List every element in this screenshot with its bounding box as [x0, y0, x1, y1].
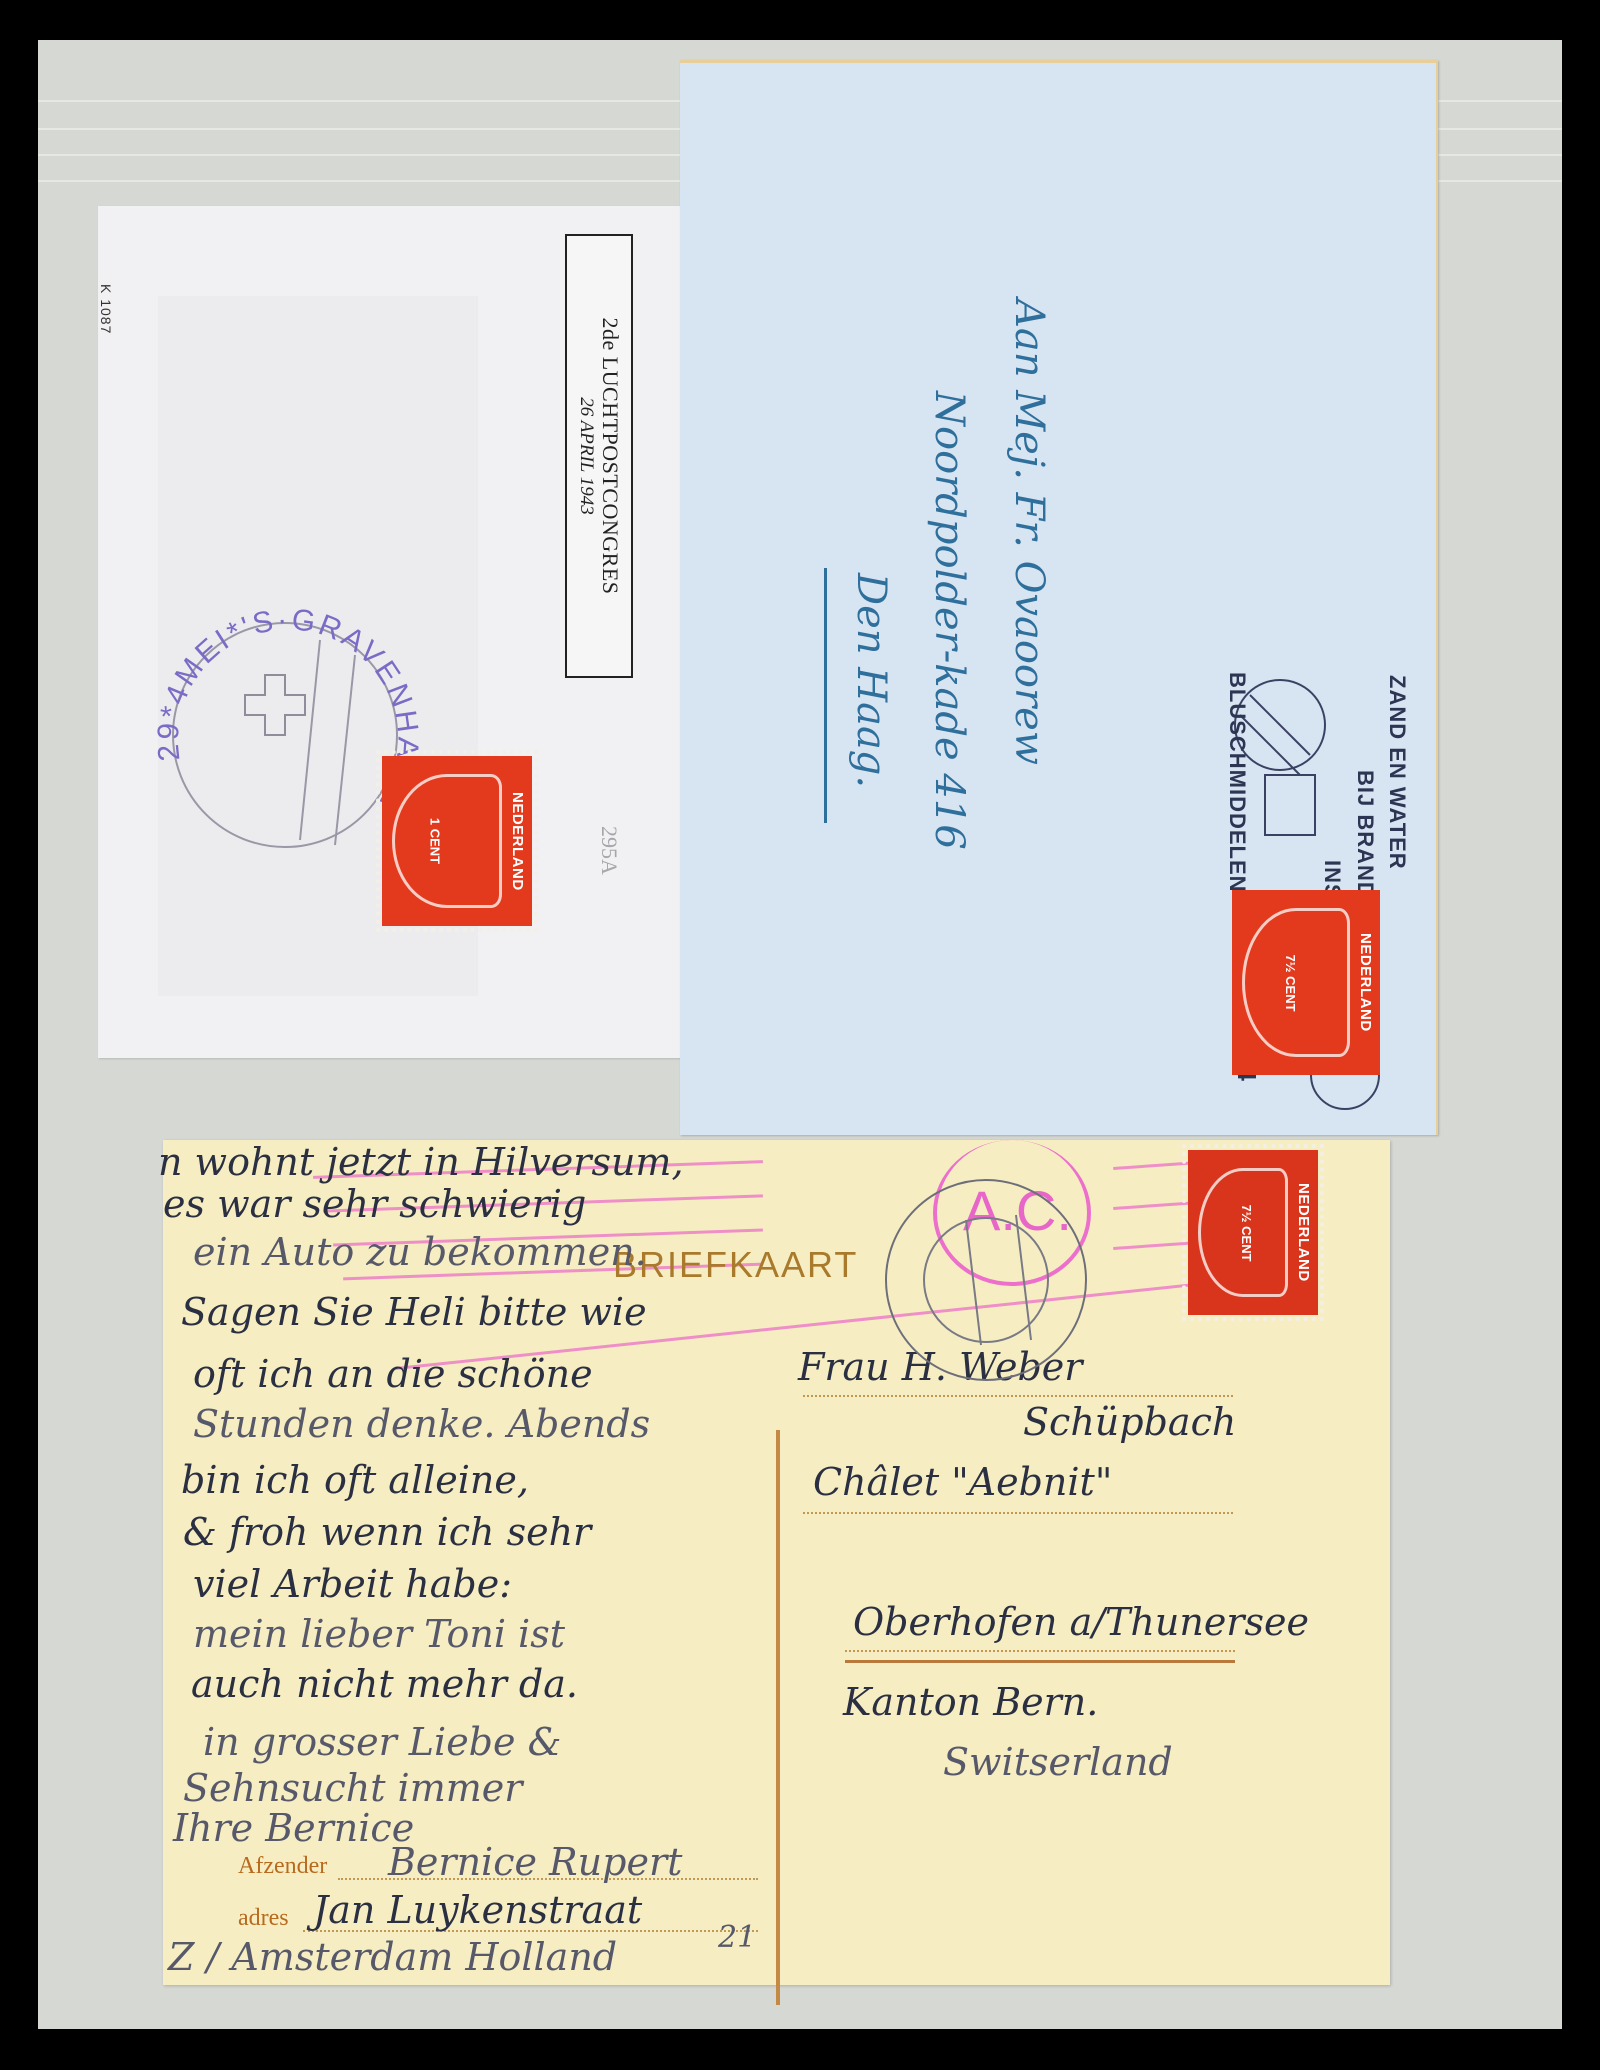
message-line: viel Arbeit habe: — [193, 1562, 512, 1606]
message-line: auch nicht mehr da. — [191, 1662, 578, 1706]
message-line: in grosser Liebe & — [203, 1720, 561, 1764]
sender-name: Bernice Rupert — [388, 1840, 682, 1884]
recipient-line: Châlet "Aebnit" — [813, 1460, 1112, 1504]
recipient-line: Kanton Bern. — [843, 1680, 1098, 1724]
message-line: oft ich an die schöne — [193, 1352, 593, 1396]
stamp-unit: CENT — [428, 829, 443, 864]
congress-label-box: 2de LUCHTPOSTCONGRES 26 APRIL 1943 — [565, 234, 633, 678]
stamp-country: NEDERLAND — [1352, 898, 1374, 1067]
recipient-dotted-line — [845, 1650, 1235, 1652]
recipient-line: Switserland — [943, 1740, 1173, 1784]
amsterdam-postmark-icon — [876, 1170, 1096, 1390]
slogan-line-2: BIJ BRAND — [1352, 770, 1378, 899]
message-line: & froh wenn ich sehr — [183, 1510, 591, 1554]
stamp-country: NEDERLAND — [1290, 1158, 1312, 1307]
lipa-postmark-icon: 29*4MEI*'S·GRAVENHAGE*LIPA1944* — [150, 600, 420, 870]
svg-text:29*4MEI*'S·GRAVENHAGE*LIPA1944: 29*4MEI*'S·GRAVENHAGE*LIPA1944* — [150, 600, 420, 818]
recipient-line: Oberhofen a/Thunersee — [853, 1600, 1309, 1644]
address-line-3: Den Haag. — [848, 573, 894, 788]
recipient-city-rule — [845, 1660, 1235, 1663]
stamp-unit: CENT — [1283, 976, 1298, 1011]
message-line: Sagen Sie Heli bitte wie — [181, 1290, 647, 1334]
house-number: 21 — [718, 1920, 756, 1955]
flying-dove-icon — [392, 774, 502, 908]
slogan-line-1: ZAND EN WATER — [1384, 675, 1410, 870]
stamp-unit: CENT — [1239, 1226, 1254, 1261]
message-line: mein lieber Toni ist — [193, 1612, 565, 1656]
pencil-catalog-note: 295A — [596, 826, 622, 875]
congress-date: 26 APRIL 1943 — [575, 317, 597, 594]
card-code: K 1087 — [98, 284, 114, 334]
message-line: Stunden denke. Abends — [193, 1402, 650, 1446]
stamp-value: 7½ — [1283, 954, 1298, 972]
address-label: adres — [238, 1905, 289, 1932]
stamp-value: 7½ — [1239, 1204, 1254, 1222]
recipient-dotted-line — [803, 1395, 1233, 1397]
postcard-divider — [776, 1430, 780, 2005]
briefkaart-title: BRIEFKAART — [613, 1244, 858, 1286]
sender-label: Afzender — [238, 1853, 327, 1880]
message-line: bin ich oft alleine, — [181, 1458, 529, 1502]
sender-city: Z / Amsterdam Holland — [168, 1935, 617, 1979]
stamp-7half-cent-envelope: 7½ CENT NEDERLAND — [1232, 890, 1380, 1075]
message-line: n wohnt jetzt in Hilversum, — [158, 1140, 684, 1184]
sender-street: Jan Luykenstraat — [313, 1888, 642, 1932]
recipient-dotted-line — [803, 1512, 1233, 1514]
message-line: ein Auto zu bekommen. — [193, 1230, 647, 1274]
recipient-line: Schüpbach — [1023, 1400, 1236, 1444]
stamp-1-cent: 1 CENT NEDERLAND — [382, 756, 532, 926]
congress-title: 2de LUCHTPOSTCONGRES — [597, 317, 623, 594]
message-line: es war sehr schwierig — [163, 1182, 586, 1226]
message-line: Sehnsucht immer — [183, 1766, 522, 1810]
address-line-1: Aan Mej. Fr. Ovaoorew — [1006, 299, 1052, 765]
address-line-2: Noordpolder-kade 416 — [926, 391, 972, 850]
slogan-line-4: BLUSCHMIDDELEN — [1224, 672, 1250, 893]
stamp-country: NEDERLAND — [504, 764, 526, 918]
message-line: Ihre Bernice — [173, 1806, 414, 1850]
stamp-7half-cent-postcard: 7½ CENT NEDERLAND — [1188, 1150, 1318, 1315]
stamp-value: 1 — [428, 818, 443, 825]
address-underline — [824, 568, 827, 823]
